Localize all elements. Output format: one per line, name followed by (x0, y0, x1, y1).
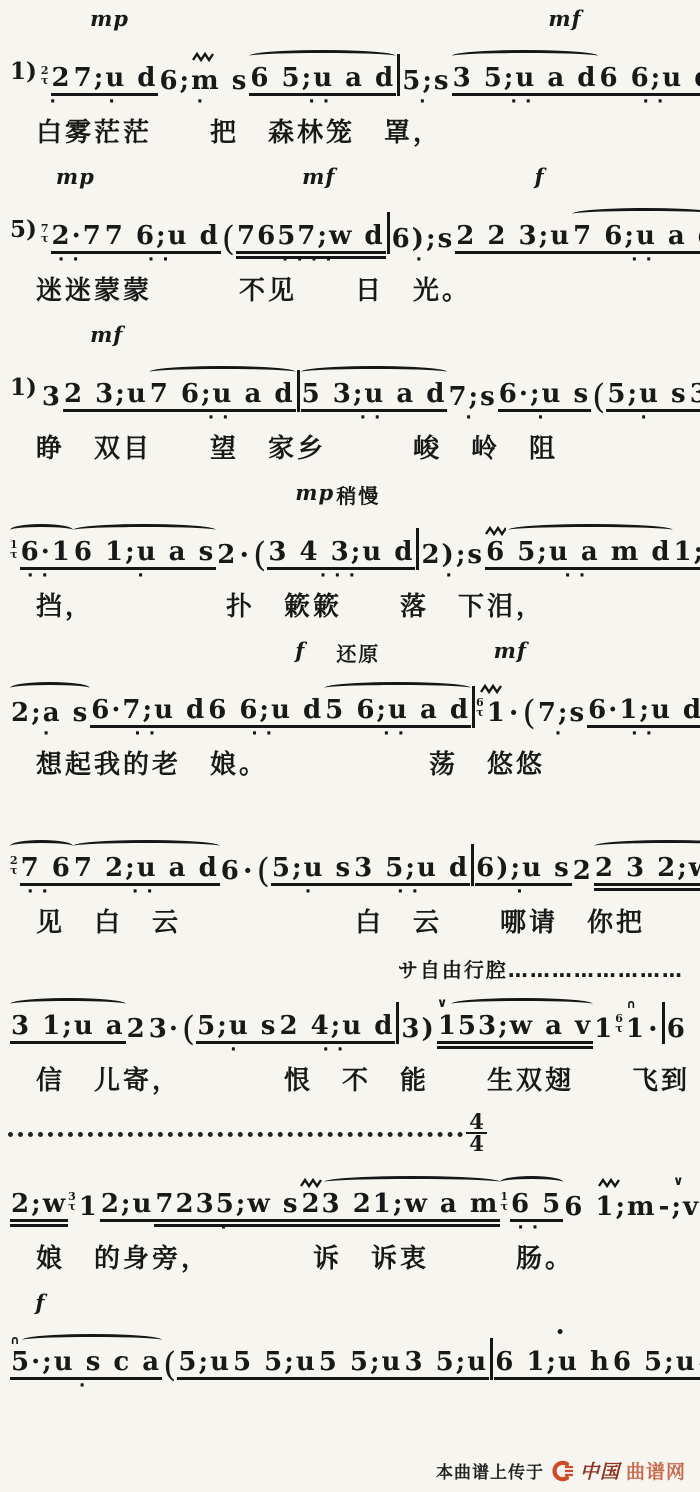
notes-row: ∩5·;u s c a·(5;u5 5;u5 5;u3 5;u•6 1;u h6… (8, 1316, 692, 1394)
octave-dots: · (446, 570, 460, 584)
ornament-zone (10, 1170, 68, 1188)
ornament-zone (572, 202, 700, 220)
lyric-line: 娘 的身旁， 诉 诉衷 肠。 (8, 1238, 692, 1290)
ornament-zone (271, 834, 353, 852)
note-cell: 6 1;u a s· (73, 518, 216, 584)
note-cell: 2 3;u (63, 360, 149, 426)
barline-glyph (471, 844, 474, 886)
footer-credit: 本曲谱上传于 中国 曲谱网 (436, 1457, 686, 1484)
music-line: 442;w3τ12;u7235;w s·23 21;w a m1τ6 5··6 … (8, 1112, 692, 1290)
note-digits: 7;s (447, 382, 497, 412)
barline-glyph (490, 1338, 493, 1380)
ornament-zone (455, 202, 572, 220)
note-cell: 6 (220, 834, 242, 900)
ornament-zone (90, 676, 207, 694)
dynamics-zone: f (8, 1290, 692, 1316)
slur-arc-icon (572, 208, 700, 220)
ornament-zone (300, 1170, 500, 1188)
cap-mark-icon: ∩ (10, 1334, 20, 1346)
octave-dots: ·· (360, 412, 389, 426)
ornament-zone (41, 202, 104, 220)
slur-arc-icon (249, 50, 396, 62)
octave-dots: ·· (27, 570, 56, 584)
ornament-zone (522, 676, 537, 694)
ornament-zone: ∨ (437, 992, 593, 1010)
note-cell: 3) (400, 992, 436, 1058)
slur-arc-icon (10, 682, 90, 694)
dynamic-label: mf (548, 6, 581, 31)
note-digits: 5 3;u a d (301, 379, 448, 412)
dynamics-zone: mf (8, 322, 692, 348)
ornament-zone (403, 1328, 489, 1346)
note-digits: · (508, 698, 522, 728)
dynamic-label: mp (56, 164, 95, 189)
note-cell: 2τ7 6·· (10, 834, 73, 900)
ornament-zone (267, 518, 415, 536)
dynamic-label: mp (90, 6, 129, 31)
note-digits: 5 5;u (318, 1347, 404, 1380)
dynamic-label: mf (90, 322, 123, 347)
ornament-zone (100, 1170, 155, 1188)
ornament-zone (476, 676, 508, 694)
note-cell: 6·;u s· (498, 360, 591, 426)
ornament-zone (498, 360, 591, 378)
ornament-zone (10, 518, 73, 536)
note-digits: 6·;u s (498, 379, 591, 412)
octave-dots: ·· (58, 254, 87, 268)
barline-glyph (387, 212, 390, 254)
lyric-line: 见 白 云 白 云 哪请 你把 (8, 902, 692, 954)
note-digits: · (647, 1014, 661, 1044)
music-line: mpmff5)7τ2·7··7 6;u d··(7657;w d····6);s… (8, 164, 692, 322)
ornament-zone (41, 360, 63, 378)
note-cell: 6·1;u d·· (587, 676, 700, 742)
note-cell: 5 5;u (232, 1328, 318, 1394)
note-cell: 5;u s· (606, 360, 688, 426)
note-digits: 2;w (10, 1189, 68, 1222)
note-cell: 7;s· (537, 676, 587, 742)
note-digits: 1 (593, 1014, 615, 1044)
mordent-icon (192, 52, 216, 62)
barline-glyph (396, 1002, 399, 1044)
ornament-zone (420, 518, 485, 536)
note-cell: 1τ6 5·· (500, 1170, 563, 1236)
grace-fraction: 7τ (41, 224, 49, 244)
notes-row: 2τ7 6··7 2;u a d··6·(5;u s·3 5;u d··6);u… (8, 822, 692, 900)
octave-dots: ·· (132, 886, 161, 900)
notes-row: 1τ6·1··6 1;u a s·2·(3 4 3;u d···2);s·6 5… (8, 506, 692, 584)
note-cell: 1τ6·1·· (10, 518, 73, 584)
note-digits: 2;a s (10, 698, 90, 728)
slur-arc-icon (301, 366, 448, 378)
score-lines: mpmf1)2τ2·7;u d·6;m s·6 5;u a d··5;s·3 5… (8, 6, 692, 1394)
ornament-zone (612, 1328, 698, 1346)
note-cell: 5 3;u a d·· (301, 360, 448, 426)
note-cell: ∨-;v (658, 1170, 700, 1236)
note-cell: 2;u (100, 1170, 155, 1236)
lyric-line: 睁 双目 望 家乡 峻 岭 阻 (8, 428, 692, 480)
note-digits: 2 (126, 1014, 148, 1044)
ornament-zone (220, 834, 242, 852)
ornament-zone (485, 518, 672, 536)
note-cell: 1 (593, 992, 615, 1058)
notes-row: 2;w3τ12;u7235;w s·23 21;w a m1τ6 5··6 1;… (8, 1158, 692, 1236)
octave-dots: · (197, 96, 211, 110)
ornament-zone (154, 1170, 300, 1188)
lyric-line: 白雾茫茫 把 森林笼 罩， (8, 112, 692, 164)
note-cell: 6);s· (391, 202, 456, 268)
note-cell: 2;w (10, 1170, 68, 1236)
note-cell: 7 6;u a d·· (572, 202, 700, 268)
note-cell: 3 5;u d·· (689, 360, 700, 426)
octave-dots: · (137, 570, 151, 584)
note-digits: 6 1;m (563, 1192, 657, 1222)
music-line: f还原mf2;a s·6·7;u d··6 6;u d··5 6;u a d··… (8, 638, 692, 796)
barline-glyph (662, 1002, 665, 1044)
ornament-zone (401, 44, 451, 62)
note-digits: 5;u s (196, 1011, 278, 1044)
octave-dots: · (43, 728, 57, 742)
slur-arc-icon (73, 524, 216, 536)
note-digits: -;v (658, 1192, 700, 1222)
note-cell: 5;u s· (196, 992, 278, 1058)
note-cell: 3 (41, 360, 63, 426)
ornament-zone (324, 676, 471, 694)
ornament-zone (242, 834, 256, 852)
music-line: mp稍慢1τ6·1··6 1;u a s·2·(3 4 3;u d···2);s… (8, 480, 692, 638)
ornament-zone (236, 202, 386, 220)
note-cell: 6);u s· (475, 834, 572, 900)
note-cell: 3 5;u (403, 1328, 489, 1394)
octave-dots: ·· (631, 254, 660, 268)
note-digits: 5;u (177, 1347, 232, 1380)
note-cell: 5;u (177, 1328, 232, 1394)
note-cell: 7 2;u a d·· (73, 834, 220, 900)
ornament-zone (447, 360, 497, 378)
note-cell: 2;a s· (10, 676, 90, 742)
ornament-zone (10, 992, 126, 1010)
ornament-zone (104, 202, 221, 220)
note-cell: ∩6τ1 (615, 992, 647, 1058)
note-digits: ( (591, 382, 606, 412)
grace-fraction: 1τ (10, 540, 18, 560)
ornament-zone (563, 1170, 657, 1188)
lyric-line: 信 儿寄， 恨 不 能 生双翅 飞到 (8, 1060, 692, 1112)
barline-glyph (397, 54, 400, 96)
lyric-line: 迷迷蒙蒙 不见 日 光。 (8, 270, 692, 322)
note-digits: 1 (78, 1192, 100, 1222)
octave-dots: · (419, 96, 433, 110)
cap-mark-icon: ∩ (626, 998, 636, 1010)
mordent-icon (485, 526, 506, 536)
note-digits: ( (162, 1350, 177, 1380)
octave-dots: ·· (251, 728, 280, 742)
note-digits: 2 3 2;w a (594, 853, 700, 886)
ornament-zone (216, 518, 238, 536)
barline-glyph (416, 528, 419, 570)
ornament-zone (598, 44, 700, 62)
note-cell: ( (256, 834, 271, 900)
ornament-zone (666, 992, 700, 1010)
line-label: 1) (10, 58, 37, 85)
grace-fraction: 3τ (68, 1192, 76, 1212)
grace-fraction: 6τ (476, 698, 484, 718)
ornament-zone (591, 360, 606, 378)
ornament-zone (249, 44, 396, 62)
brand-text-zhongguo: 中国 (580, 1457, 620, 1484)
note-cell: •6 1;u h (494, 1328, 612, 1394)
octave-dots: ·· (27, 886, 56, 900)
note-cell: 2 3 2;w a (594, 834, 700, 900)
ornament-zone (221, 202, 236, 220)
note-cell: 3· (148, 992, 181, 1058)
ornament-zone (353, 834, 470, 852)
note-cell: 3 1;u a (10, 992, 126, 1058)
note-digits: 6 6;u d (598, 63, 700, 96)
ornament-zone (149, 360, 296, 378)
ornament-zone (10, 676, 90, 694)
note-cell: 3τ1 (68, 1170, 100, 1236)
tempo-annotation: サ自由行腔…………………… (398, 954, 684, 983)
note-cell: 7 6;u a d·· (149, 360, 296, 426)
octave-dots: · (555, 728, 569, 742)
note-cell: ( (162, 1328, 177, 1394)
ornament-zone: ∩ (615, 992, 647, 1010)
ornament-zone (278, 992, 395, 1010)
ornament-zone (158, 44, 249, 62)
ornament-zone (252, 518, 267, 536)
octave-dots: ·· (642, 96, 671, 110)
ornament-zone: ∨ (658, 1170, 700, 1188)
notes-row: 2;a s·6·7;u d··6 6;u d··5 6;u a d··6τ1·(… (8, 664, 692, 742)
dynamics-zone: mpmf (8, 6, 692, 32)
note-digits: 6);u s (475, 853, 572, 886)
time-signature-4-4: 44 (466, 1112, 487, 1154)
ornament-zone (162, 1328, 177, 1346)
note-cell: 7657;w d···· (236, 202, 386, 268)
notes-row: 1)2τ2·7;u d·6;m s·6 5;u a d··5;s·3 5;u a… (8, 32, 692, 110)
slur-arc-icon (324, 682, 471, 694)
note-digits: 3 5;u d (689, 379, 700, 412)
ornament-zone (41, 44, 73, 62)
dynamics-zone: 44 (8, 1112, 692, 1158)
ornament-zone (238, 518, 252, 536)
note-digits: 7 2;u a d (73, 853, 220, 886)
note-cell: 2 (216, 518, 238, 584)
note-digits: 3· (148, 1014, 181, 1044)
dynamics-zone: f还原mf (8, 638, 692, 664)
note-digits: 3 5;u a d (452, 63, 599, 96)
breath-mark-icon: ∨ (437, 998, 448, 1010)
slur-arc-icon (452, 50, 599, 62)
note-cell: · (238, 518, 252, 584)
octave-dots: ·· (322, 1044, 351, 1058)
ornament-zone (537, 676, 587, 694)
music-line: mpmf1)2τ2·7;u d·6;m s·6 5;u a d··5;s·3 5… (8, 6, 692, 164)
note-digits: 2 4;u d (278, 1011, 395, 1044)
breath-mark-icon: ∨ (673, 1176, 684, 1188)
note-cell: ( (221, 202, 236, 268)
line-label: 5) (10, 216, 37, 243)
note-digits: 153;w a v (437, 1011, 593, 1044)
ornament-zone (73, 44, 159, 62)
note-digits: 6 5;u a d (249, 63, 396, 96)
note-cell: ( (181, 992, 196, 1058)
ornament-zone (400, 992, 436, 1010)
ornament-zone (673, 518, 700, 536)
notes-row: 5)7τ2·7··7 6;u d··(7657;w d····6);s·2 2 … (8, 190, 692, 268)
note-digits: 3 (41, 382, 63, 412)
dynamic-label: f (535, 164, 545, 189)
ornament-zone (452, 44, 599, 62)
note-cell: ( (591, 360, 606, 426)
tempo-annotation: 还原 (336, 638, 380, 667)
dynamics-zone (8, 796, 692, 822)
tempo-annotation: 稍慢 (336, 480, 380, 509)
ornament-zone (594, 834, 700, 852)
dynamic-label: mf (494, 638, 527, 663)
ornament-zone (232, 1328, 318, 1346)
note-cell: 2τ2· (41, 44, 73, 110)
note-cell: 6 5 (666, 992, 700, 1058)
line-label: 1) (10, 374, 37, 401)
note-digits: 6 1;u a s (73, 537, 216, 570)
dynamic-label: f (295, 638, 305, 663)
ornament-zone (572, 834, 594, 852)
note-cell: 6τ1 (476, 676, 508, 742)
grace-fraction: 1τ (500, 1192, 508, 1212)
note-digits: ( (522, 698, 537, 728)
note-digits: 3 4 3;u d (267, 537, 415, 570)
note-cell: 6 5;u a m d·· (485, 518, 672, 584)
note-digits: 6 5;u a m d (485, 537, 672, 570)
slur-arc-icon (10, 524, 73, 536)
octave-dots: ·· (134, 728, 163, 742)
slur-arc-icon (22, 1334, 162, 1346)
octave-dots: ·· (208, 412, 237, 426)
octave-dots: · (305, 886, 319, 900)
note-digits: 7235;w s (154, 1189, 300, 1222)
note-digits: 5;u s (606, 379, 688, 412)
octave-dots: · (108, 96, 122, 110)
slur-arc-icon (594, 840, 700, 852)
octave-dots: ·· (517, 1222, 546, 1236)
octave-dots: · (640, 412, 654, 426)
ornament-zone (475, 834, 572, 852)
note-digits: 6 (220, 856, 242, 886)
octave-dots: · (516, 886, 530, 900)
dotted-leader-line (8, 1132, 463, 1137)
music-line: mf1)32 3;u7 6;u a d··5 3;u a d··7;s·6·;u… (8, 322, 692, 480)
note-cell: 5 5;u (318, 1328, 404, 1394)
note-cell: 7τ2·7·· (41, 202, 104, 268)
octave-dots: ·· (383, 728, 412, 742)
note-digits: 7;u d (73, 63, 159, 96)
slur-arc-icon (500, 1176, 563, 1188)
note-cell: 6 6;u d·· (207, 676, 324, 742)
notes-row: 3 1;u a23·(5;u s·2 4;u d··3)∨153;w a v1∩… (8, 980, 692, 1058)
note-cell: 2 4;u d·· (278, 992, 395, 1058)
ornament-zone (593, 992, 615, 1010)
note-digits: 2 (51, 63, 73, 96)
octave-dots: · (465, 412, 479, 426)
note-digits: 2·7 (51, 221, 104, 254)
note-digits: 2 3;u (63, 379, 149, 412)
note-cell: 6·7;u d·· (90, 676, 207, 742)
note-cell: 7;u d· (73, 44, 159, 110)
brand-text-qupuwang: 曲谱网 (626, 1457, 686, 1484)
dynamics-zone: mpmff (8, 164, 692, 190)
ornament-zone (181, 992, 196, 1010)
slur-arc-icon (508, 524, 672, 536)
music-line: f∩5·;u s c a·(5;u5 5;u5 5;u3 5;u•6 1;u h… (8, 1290, 692, 1394)
note-digits: 2 2 3;u (455, 221, 572, 254)
ornament-zone: ∩ (10, 1328, 162, 1346)
note-cell: · (647, 992, 661, 1058)
note-cell: 5;u s· (271, 834, 353, 900)
ornament-zone (68, 1170, 100, 1188)
note-cell: 6 6;u d·· (598, 44, 700, 110)
ornament-zone: • (494, 1328, 612, 1346)
note-digits: 3 5;u d (353, 853, 470, 886)
octave-dots: ·· (631, 728, 660, 742)
octave-dots: · (230, 1044, 244, 1058)
notes-row: 1)32 3;u7 6;u a d··5 3;u a d··7;s·6·;u s… (8, 348, 692, 426)
note-cell: ∩5·;u s c a· (10, 1328, 162, 1394)
uploader-text: 本曲谱上传于 (436, 1458, 544, 1483)
ornament-zone (73, 518, 216, 536)
octave-dots: ·· (511, 96, 540, 110)
note-cell: 5;s· (401, 44, 451, 110)
mordent-icon (598, 1178, 622, 1188)
slur-arc-icon (10, 998, 126, 1010)
lyric-line: 挡， 扑 簌簌 落 下泪， (8, 586, 692, 638)
ornament-zone (647, 992, 661, 1010)
slur-arc-icon (73, 840, 220, 852)
note-cell: 2 2 3;u (455, 202, 572, 268)
music-line: サ自由行腔……………………3 1;u a23·(5;u s·2 4;u d··3… (8, 954, 692, 1112)
note-digits: ( (256, 856, 271, 886)
note-digits: 5·;u s c a (10, 1347, 162, 1380)
dynamic-label: f (35, 1290, 45, 1315)
dynamic-label: mf (302, 164, 335, 189)
note-digits: 1 (486, 698, 508, 728)
note-digits: 7;s (537, 698, 587, 728)
grace-fraction: 2τ (41, 66, 49, 86)
music-line: 2τ7 6··7 2;u a d··6·(5;u s·3 5;u d··6);u… (8, 796, 692, 954)
ornament-zone (508, 676, 522, 694)
ornament-zone (301, 360, 448, 378)
note-digits: 5;s (401, 66, 451, 96)
ornament-zone (63, 360, 149, 378)
lyric-line: 想起我的老 娘。 荡 悠悠 (8, 744, 692, 796)
note-digits: 7657;w d (236, 221, 386, 254)
dynamics-zone: サ自由行腔…………………… (8, 954, 692, 980)
note-cell: 6;m s· (158, 44, 249, 110)
ornament-zone (587, 676, 700, 694)
octave-dots: ··· (320, 570, 363, 584)
note-cell: 2 (572, 834, 594, 900)
ornament-zone (318, 1328, 404, 1346)
note-digits: · (238, 540, 252, 570)
note-digits: 1;u s (673, 537, 700, 570)
slur-arc-icon (10, 840, 73, 852)
note-digits: 3) (400, 1014, 436, 1044)
note-digits: ( (181, 1014, 196, 1044)
note-digits: 5 6;u a d (324, 695, 471, 728)
grace-fraction: 6τ (615, 1014, 623, 1034)
note-cell: 7235;w s· (154, 1170, 300, 1236)
